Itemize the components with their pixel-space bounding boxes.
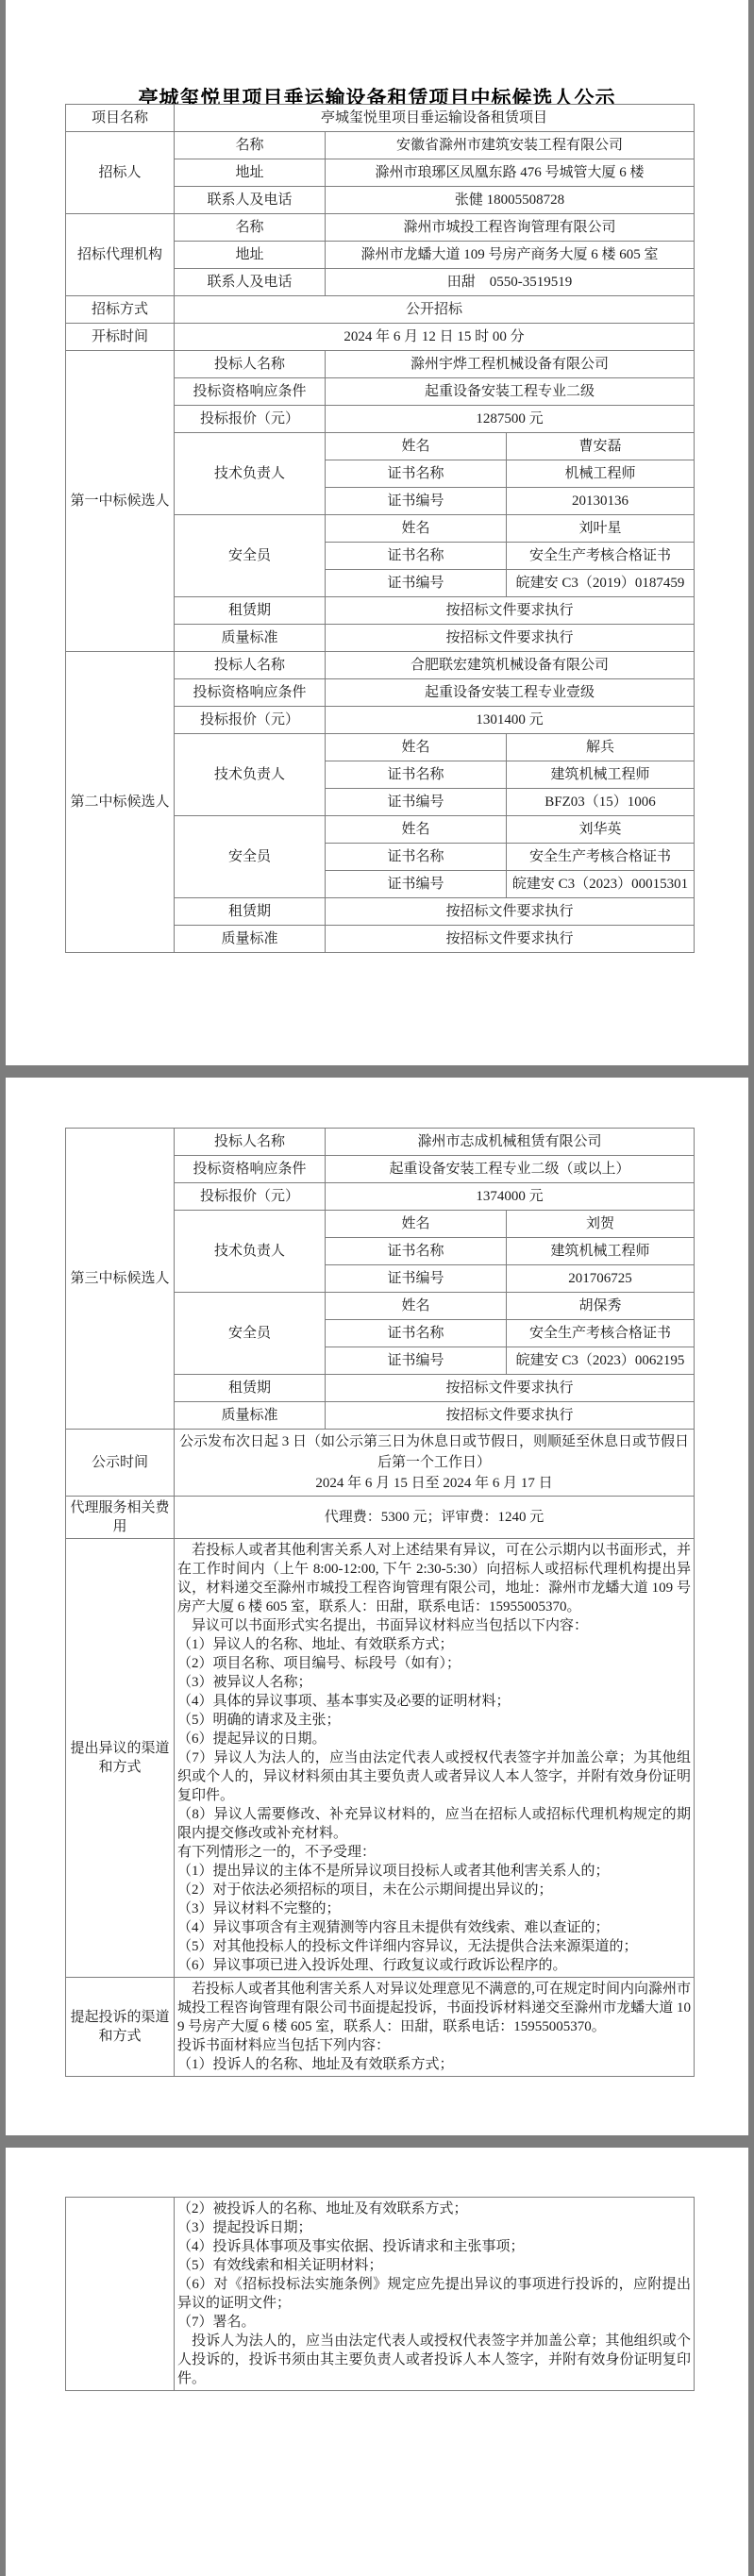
paragraph: （3）提起投诉日期； [177, 2218, 691, 2237]
agency-address-value: 滁州市龙蟠大道 109 号房产商务大厦 6 楼 605 室 [326, 242, 695, 269]
table-row: 开标时间 2024 年 6 月 12 日 15 时 00 分 [66, 324, 695, 351]
candidate2-tech-lead-label: 技术负责人 [175, 734, 326, 816]
paragraph: （2）对于依法必须招标的项目，未在公示期间提出异议的； [177, 1881, 691, 1899]
page-gutter-right [748, 0, 754, 2576]
candidate1-safety-cert-name: 安全生产考核合格证书 [507, 543, 695, 570]
page-separator-2 [0, 2135, 754, 2148]
publicity-time-label: 公示时间 [66, 1430, 175, 1497]
tenderer-contact-value: 张健 18005508728 [326, 187, 695, 214]
candidate3-bid-price: 1374000 元 [326, 1183, 695, 1211]
paragraph: 有下列情形之一的，不予受理： [177, 1843, 691, 1862]
candidate3-quality-label: 质量标准 [175, 1402, 326, 1430]
paragraph: （1）提出异议的主体不是所异议项目投标人或者其他利害关系人的； [177, 1862, 691, 1881]
paragraph: （7）异议人为法人的，应当由法定代表人或授权代表签字并加盖公章；为其他组织或个人… [177, 1748, 691, 1805]
candidate1-tech-cert-no: 20130136 [507, 488, 695, 515]
paragraph: （1）异议人的名称、地址、有效联系方式； [177, 1635, 691, 1654]
cert-no-label: 证书编号 [326, 488, 507, 515]
candidate1-safety-officer-label: 安全员 [175, 515, 326, 597]
candidate1-quality-label: 质量标准 [175, 625, 326, 652]
candidate3-safety-cert-name: 安全生产考核合格证书 [507, 1320, 695, 1347]
name-label: 姓名 [326, 515, 507, 543]
tenderer-address-value: 滁州市琅琊区凤凰东路 476 号城管大厦 6 楼 [326, 159, 695, 187]
candidate2-safety-name: 刘华英 [507, 816, 695, 844]
candidate3-tech-cert-no: 201706725 [507, 1265, 695, 1293]
tenderer-contact-label: 联系人及电话 [175, 187, 326, 214]
tender-method-label: 招标方式 [66, 296, 175, 324]
candidate3-quality: 按招标文件要求执行 [326, 1402, 695, 1430]
paragraph: （5）有效线索和相关证明材料； [177, 2256, 691, 2275]
paragraph: （2）被投诉人的名称、地址及有效联系方式； [177, 2200, 691, 2218]
candidate2-tech-cert-name: 建筑机械工程师 [507, 761, 695, 789]
agency-name-label: 名称 [175, 214, 326, 242]
candidate2-tech-cert-no: BFZ03（15）1006 [507, 789, 695, 816]
complaint-channel-content: 若投标人或者其他利害关系人对异议处理意见不满意的,可在规定时间内向滁州市城投工程… [175, 1978, 695, 2077]
candidate1-section-label: 第一中标候选人 [66, 351, 175, 652]
complaint-continued-content: （2）被投诉人的名称、地址及有效联系方式；（3）提起投诉日期；（4）投诉具体事项… [175, 2198, 695, 2391]
table-row: 代理服务相关费用 代理费：5300 元；评审费：1240 元 [66, 1497, 695, 1539]
candidate3-safety-name: 胡保秀 [507, 1293, 695, 1320]
candidate1-tech-cert-name: 机械工程师 [507, 460, 695, 488]
paragraph: （1）投诉人的名称、地址及有效联系方式； [177, 2055, 691, 2074]
cert-name-label: 证书名称 [326, 761, 507, 789]
candidate2-tech-name: 解兵 [507, 734, 695, 761]
table-row: 第二中标候选人 投标人名称 合肥联宏建筑机械设备有限公司 [66, 652, 695, 679]
name-label: 姓名 [326, 433, 507, 460]
agency-fee-value: 代理费：5300 元；评审费：1240 元 [175, 1497, 695, 1539]
paragraph: （6）异议事项已进入投诉处理、行政复议或行政诉讼程序的。 [177, 1956, 691, 1975]
candidate2-qualification: 起重设备安装工程专业壹级 [326, 679, 695, 707]
candidate3-section-label: 第三中标候选人 [66, 1129, 175, 1430]
candidate2-bidder-name: 合肥联宏建筑机械设备有限公司 [326, 652, 695, 679]
table-row: 招标方式 公开招标 [66, 296, 695, 324]
candidate1-safety-cert-no: 皖建安 C3（2019）0187459 [507, 570, 695, 597]
tenderer-name-value: 安徽省滁州市建筑安装工程有限公司 [326, 132, 695, 159]
table-row: 第三中标候选人 投标人名称 滁州市志成机械租赁有限公司 [66, 1129, 695, 1156]
tenderer-name-label: 名称 [175, 132, 326, 159]
cert-name-label: 证书名称 [326, 844, 507, 871]
paragraph: （4）异议事项含有主观猜测等内容且未提供有效线索、难以查证的； [177, 1918, 691, 1937]
paragraph: （4）投诉具体事项及事实依据、投诉请求和主张事项； [177, 2237, 691, 2256]
paragraph: （8）异议人需要修改、补充异议材料的，应当在招标人或招标代理机构规定的期限内提交… [177, 1805, 691, 1843]
cert-no-label: 证书编号 [326, 789, 507, 816]
table-row: 招标人 名称 安徽省滁州市建筑安装工程有限公司 [66, 132, 695, 159]
agency-contact-value: 田甜 0550-3519519 [326, 269, 695, 296]
name-label: 姓名 [326, 1293, 507, 1320]
agency-fee-label: 代理服务相关费用 [66, 1497, 175, 1539]
table-row: 项目名称 亭城玺悦里项目垂运输设备租赁项目 [66, 105, 695, 132]
candidate3-safety-officer-label: 安全员 [175, 1293, 326, 1375]
objection-channel-label: 提出异议的渠道和方式 [66, 1539, 175, 1978]
paragraph: （6）提起异议的日期。 [177, 1730, 691, 1748]
candidate2-safety-cert-name: 安全生产考核合格证书 [507, 844, 695, 871]
paragraph: （3）被异议人名称； [177, 1673, 691, 1692]
agency-address-label: 地址 [175, 242, 326, 269]
table-row: （2）被投诉人的名称、地址及有效联系方式；（3）提起投诉日期；（4）投诉具体事项… [66, 2198, 695, 2391]
paragraph: （6）对《招标投标法实施条例》规定应先提出异议的事项进行投诉的，应附提出异议的证… [177, 2275, 691, 2313]
paragraph: （5）明确的请求及主张； [177, 1711, 691, 1730]
name-label: 姓名 [326, 734, 507, 761]
cert-name-label: 证书名称 [326, 460, 507, 488]
candidate3-tech-name: 刘贺 [507, 1211, 695, 1238]
page-separator-1 [0, 1065, 754, 1078]
candidate2-bidder-name-label: 投标人名称 [175, 652, 326, 679]
announcement-table-page2: 第三中标候选人 投标人名称 滁州市志成机械租赁有限公司 投标资格响应条件 起重设… [65, 1128, 695, 2077]
name-label: 姓名 [326, 816, 507, 844]
cert-name-label: 证书名称 [326, 1320, 507, 1347]
candidate2-safety-cert-no: 皖建安 C3（2023）00015301 [507, 871, 695, 898]
candidate3-qualification-label: 投标资格响应条件 [175, 1156, 326, 1183]
paragraph: （5）对其他投标人的投标文件详细内容异议，无法提供合法来源渠道的； [177, 1937, 691, 1956]
table-row: 第一中标候选人 投标人名称 滁州宇烨工程机械设备有限公司 [66, 351, 695, 378]
paragraph: （7）署名。 [177, 2313, 691, 2332]
candidate3-bidder-name: 滁州市志成机械租赁有限公司 [326, 1129, 695, 1156]
project-name-label: 项目名称 [66, 105, 175, 132]
name-label: 姓名 [326, 1211, 507, 1238]
candidate1-qualification: 起重设备安装工程专业二级 [326, 378, 695, 406]
candidate3-qualification: 起重设备安装工程专业二级（或以上） [326, 1156, 695, 1183]
paragraph: （3）异议材料不完整的； [177, 1899, 691, 1918]
candidate1-qualification-label: 投标资格响应条件 [175, 378, 326, 406]
candidate2-bid-price: 1301400 元 [326, 707, 695, 734]
page-gutter-left [0, 0, 6, 2576]
objection-channel-content: 若投标人或者其他利害关系人对上述结果有异议，可在公示期内以书面形式，并在工作时间… [175, 1539, 695, 1978]
candidate3-tech-lead-label: 技术负责人 [175, 1211, 326, 1293]
candidate3-lease-label: 租赁期 [175, 1375, 326, 1402]
candidate1-tech-name: 曹安磊 [507, 433, 695, 460]
candidate1-lease-label: 租赁期 [175, 597, 326, 625]
paragraph: （2）项目名称、项目编号、标段号（如有）； [177, 1654, 691, 1673]
candidate1-lease: 按招标文件要求执行 [326, 597, 695, 625]
candidate3-lease: 按招标文件要求执行 [326, 1375, 695, 1402]
cert-no-label: 证书编号 [326, 871, 507, 898]
bid-opening-time-label: 开标时间 [66, 324, 175, 351]
paragraph: 异议可以书面形式实名提出，书面异议材料应当包括以下内容： [177, 1616, 691, 1635]
paragraph: 投诉人为法人的，应当由法定代表人或授权代表签字并加盖公章；其他组织或个人投诉的，… [177, 2332, 691, 2388]
cert-name-label: 证书名称 [326, 1238, 507, 1265]
candidate3-bidder-name-label: 投标人名称 [175, 1129, 326, 1156]
paragraph: 投诉书面材料应当包括下列内容： [177, 2036, 691, 2055]
candidate2-bid-price-label: 投标报价（元） [175, 707, 326, 734]
complaint-channel-label: 提起投诉的渠道和方式 [66, 1978, 175, 2077]
candidate1-bid-price: 1287500 元 [326, 406, 695, 433]
agency-contact-label: 联系人及电话 [175, 269, 326, 296]
candidate2-quality-label: 质量标准 [175, 926, 326, 953]
bid-opening-time-value: 2024 年 6 月 12 日 15 时 00 分 [175, 324, 695, 351]
candidate2-qualification-label: 投标资格响应条件 [175, 679, 326, 707]
announcement-table-page3: （2）被投诉人的名称、地址及有效联系方式；（3）提起投诉日期；（4）投诉具体事项… [65, 2197, 695, 2391]
publicity-date-range: 2024 年 6 月 15 日至 2024 年 6 月 17 日 [177, 1473, 691, 1494]
agency-label: 招标代理机构 [66, 214, 175, 296]
paragraph: 若投标人或者其他利害关系人对异议处理意见不满意的,可在规定时间内向滁州市城投工程… [177, 1980, 691, 2036]
cert-no-label: 证书编号 [326, 570, 507, 597]
tender-method-value: 公开招标 [175, 296, 695, 324]
agency-name-value: 滁州市城投工程咨询管理有限公司 [326, 214, 695, 242]
cert-no-label: 证书编号 [326, 1265, 507, 1293]
candidate1-bid-price-label: 投标报价（元） [175, 406, 326, 433]
candidate2-quality: 按招标文件要求执行 [326, 926, 695, 953]
candidate1-quality: 按招标文件要求执行 [326, 625, 695, 652]
candidate2-lease: 按招标文件要求执行 [326, 898, 695, 926]
project-name-value: 亭城玺悦里项目垂运输设备租赁项目 [175, 105, 695, 132]
publicity-duration: 公示发布次日起 3 日（如公示第三日为休息日或节假日，则顺延至休息日或节假日后第… [177, 1431, 691, 1473]
candidate1-bidder-name-label: 投标人名称 [175, 351, 326, 378]
cert-no-label: 证书编号 [326, 1347, 507, 1375]
candidate3-tech-cert-name: 建筑机械工程师 [507, 1238, 695, 1265]
publicity-time-value: 公示发布次日起 3 日（如公示第三日为休息日或节假日，则顺延至休息日或节假日后第… [175, 1430, 695, 1497]
table-row: 公示时间 公示发布次日起 3 日（如公示第三日为休息日或节假日，则顺延至休息日或… [66, 1430, 695, 1497]
complaint-continued-empty-label [66, 2198, 175, 2391]
tenderer-label: 招标人 [66, 132, 175, 214]
table-row: 招标代理机构 名称 滁州市城投工程咨询管理有限公司 [66, 214, 695, 242]
table-row: 提起投诉的渠道和方式 若投标人或者其他利害关系人对异议处理意见不满意的,可在规定… [66, 1978, 695, 2077]
candidate3-safety-cert-no: 皖建安 C3（2023）0062195 [507, 1347, 695, 1375]
paragraph: （4）具体的异议事项、基本事实及必要的证明材料； [177, 1692, 691, 1711]
candidate1-safety-name: 刘叶星 [507, 515, 695, 543]
announcement-table-page1: 项目名称 亭城玺悦里项目垂运输设备租赁项目 招标人 名称 安徽省滁州市建筑安装工… [65, 104, 695, 953]
paragraph: 若投标人或者其他利害关系人对上述结果有异议，可在公示期内以书面形式，并在工作时间… [177, 1541, 691, 1616]
cert-name-label: 证书名称 [326, 543, 507, 570]
candidate2-safety-officer-label: 安全员 [175, 816, 326, 898]
candidate1-bidder-name: 滁州宇烨工程机械设备有限公司 [326, 351, 695, 378]
candidate2-section-label: 第二中标候选人 [66, 652, 175, 953]
candidate3-bid-price-label: 投标报价（元） [175, 1183, 326, 1211]
table-row: 提出异议的渠道和方式 若投标人或者其他利害关系人对上述结果有异议，可在公示期内以… [66, 1539, 695, 1978]
candidate2-lease-label: 租赁期 [175, 898, 326, 926]
candidate1-tech-lead-label: 技术负责人 [175, 433, 326, 515]
tenderer-address-label: 地址 [175, 159, 326, 187]
